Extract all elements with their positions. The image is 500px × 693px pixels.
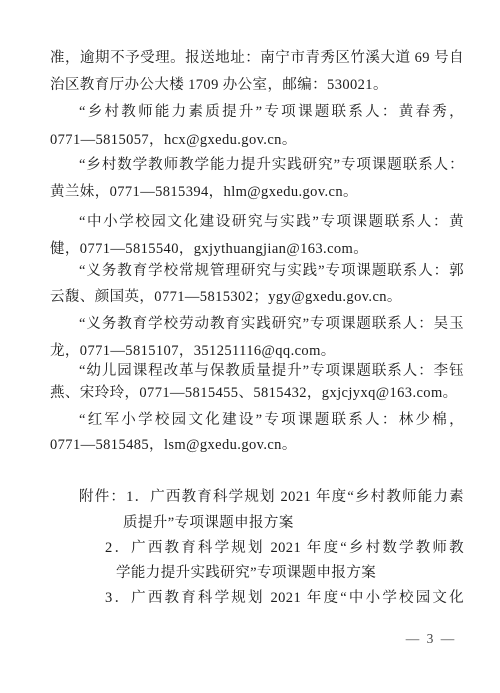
- doc-line: “乡村教师能力素质提升”专项课题联系人：黄春秀，: [50, 103, 464, 122]
- doc-line: 准，逾期不予受理。报送地址：南宁市青秀区竹溪大道 69 号自: [50, 49, 464, 68]
- attachment-item-line: 学能力提升实践研究”专项课题申报方案: [116, 564, 376, 583]
- attachment-heading-line: 附件：1．广西教育科学规划 2021 年度“乡村教师能力素: [50, 488, 464, 507]
- doc-line: 黄兰妹，0771—5815394，hlm@gxedu.gov.cn。: [50, 183, 358, 202]
- attachment-item-line: 2．广西教育科学规划 2021 年度“乡村数学教师教: [105, 539, 464, 558]
- document-page: 准，逾期不予受理。报送地址：南宁市青秀区竹溪大道 69 号自 治区教育厅办公大楼…: [0, 0, 500, 693]
- doc-line: 燕、宋玲玲，0771—5815455、5815432，gxjcjyxq@163.…: [50, 384, 458, 403]
- doc-line: “红军小学校园文化建设”专项课题联系人：林少棉，: [50, 411, 464, 430]
- doc-line: 治区教育厅办公大楼 1709 办公室，邮编：530021。: [50, 76, 388, 95]
- doc-line: 健，0771—5815540，gxjythuangjian@163.com。: [50, 240, 368, 259]
- doc-line: 0771—5815485，lsm@gxedu.gov.cn。: [50, 436, 297, 455]
- attachment-item-line: 质提升”专项课题申报方案: [123, 514, 294, 533]
- doc-line: “中小学校园文化建设研究与实践”专项课题联系人：黄: [50, 213, 464, 232]
- doc-line: 龙，0771—5815107，351251116@qq.com。: [50, 342, 336, 361]
- doc-line: “幼儿园课程改革与保教质量提升”专项课题联系人：李钰: [50, 362, 464, 381]
- doc-line: 云馥、颜国英，0771—5815302；ygy@gxedu.gov.cn。: [50, 288, 402, 307]
- doc-line: “义务教育学校劳动教育实践研究”专项课题联系人：吴玉: [50, 315, 464, 334]
- doc-line: “义务教育学校常规管理研究与实践”专项课题联系人：郭: [50, 262, 464, 281]
- doc-line: “乡村数学教师教学能力提升实践研究”专项课题联系人：: [50, 156, 464, 175]
- doc-line: 0771—5815057，hcx@gxedu.gov.cn。: [50, 131, 297, 150]
- page-number: — 3 —: [396, 631, 466, 647]
- attachment-item-line: 3．广西教育科学规划 2021 年度“中小学校园文化: [105, 589, 464, 608]
